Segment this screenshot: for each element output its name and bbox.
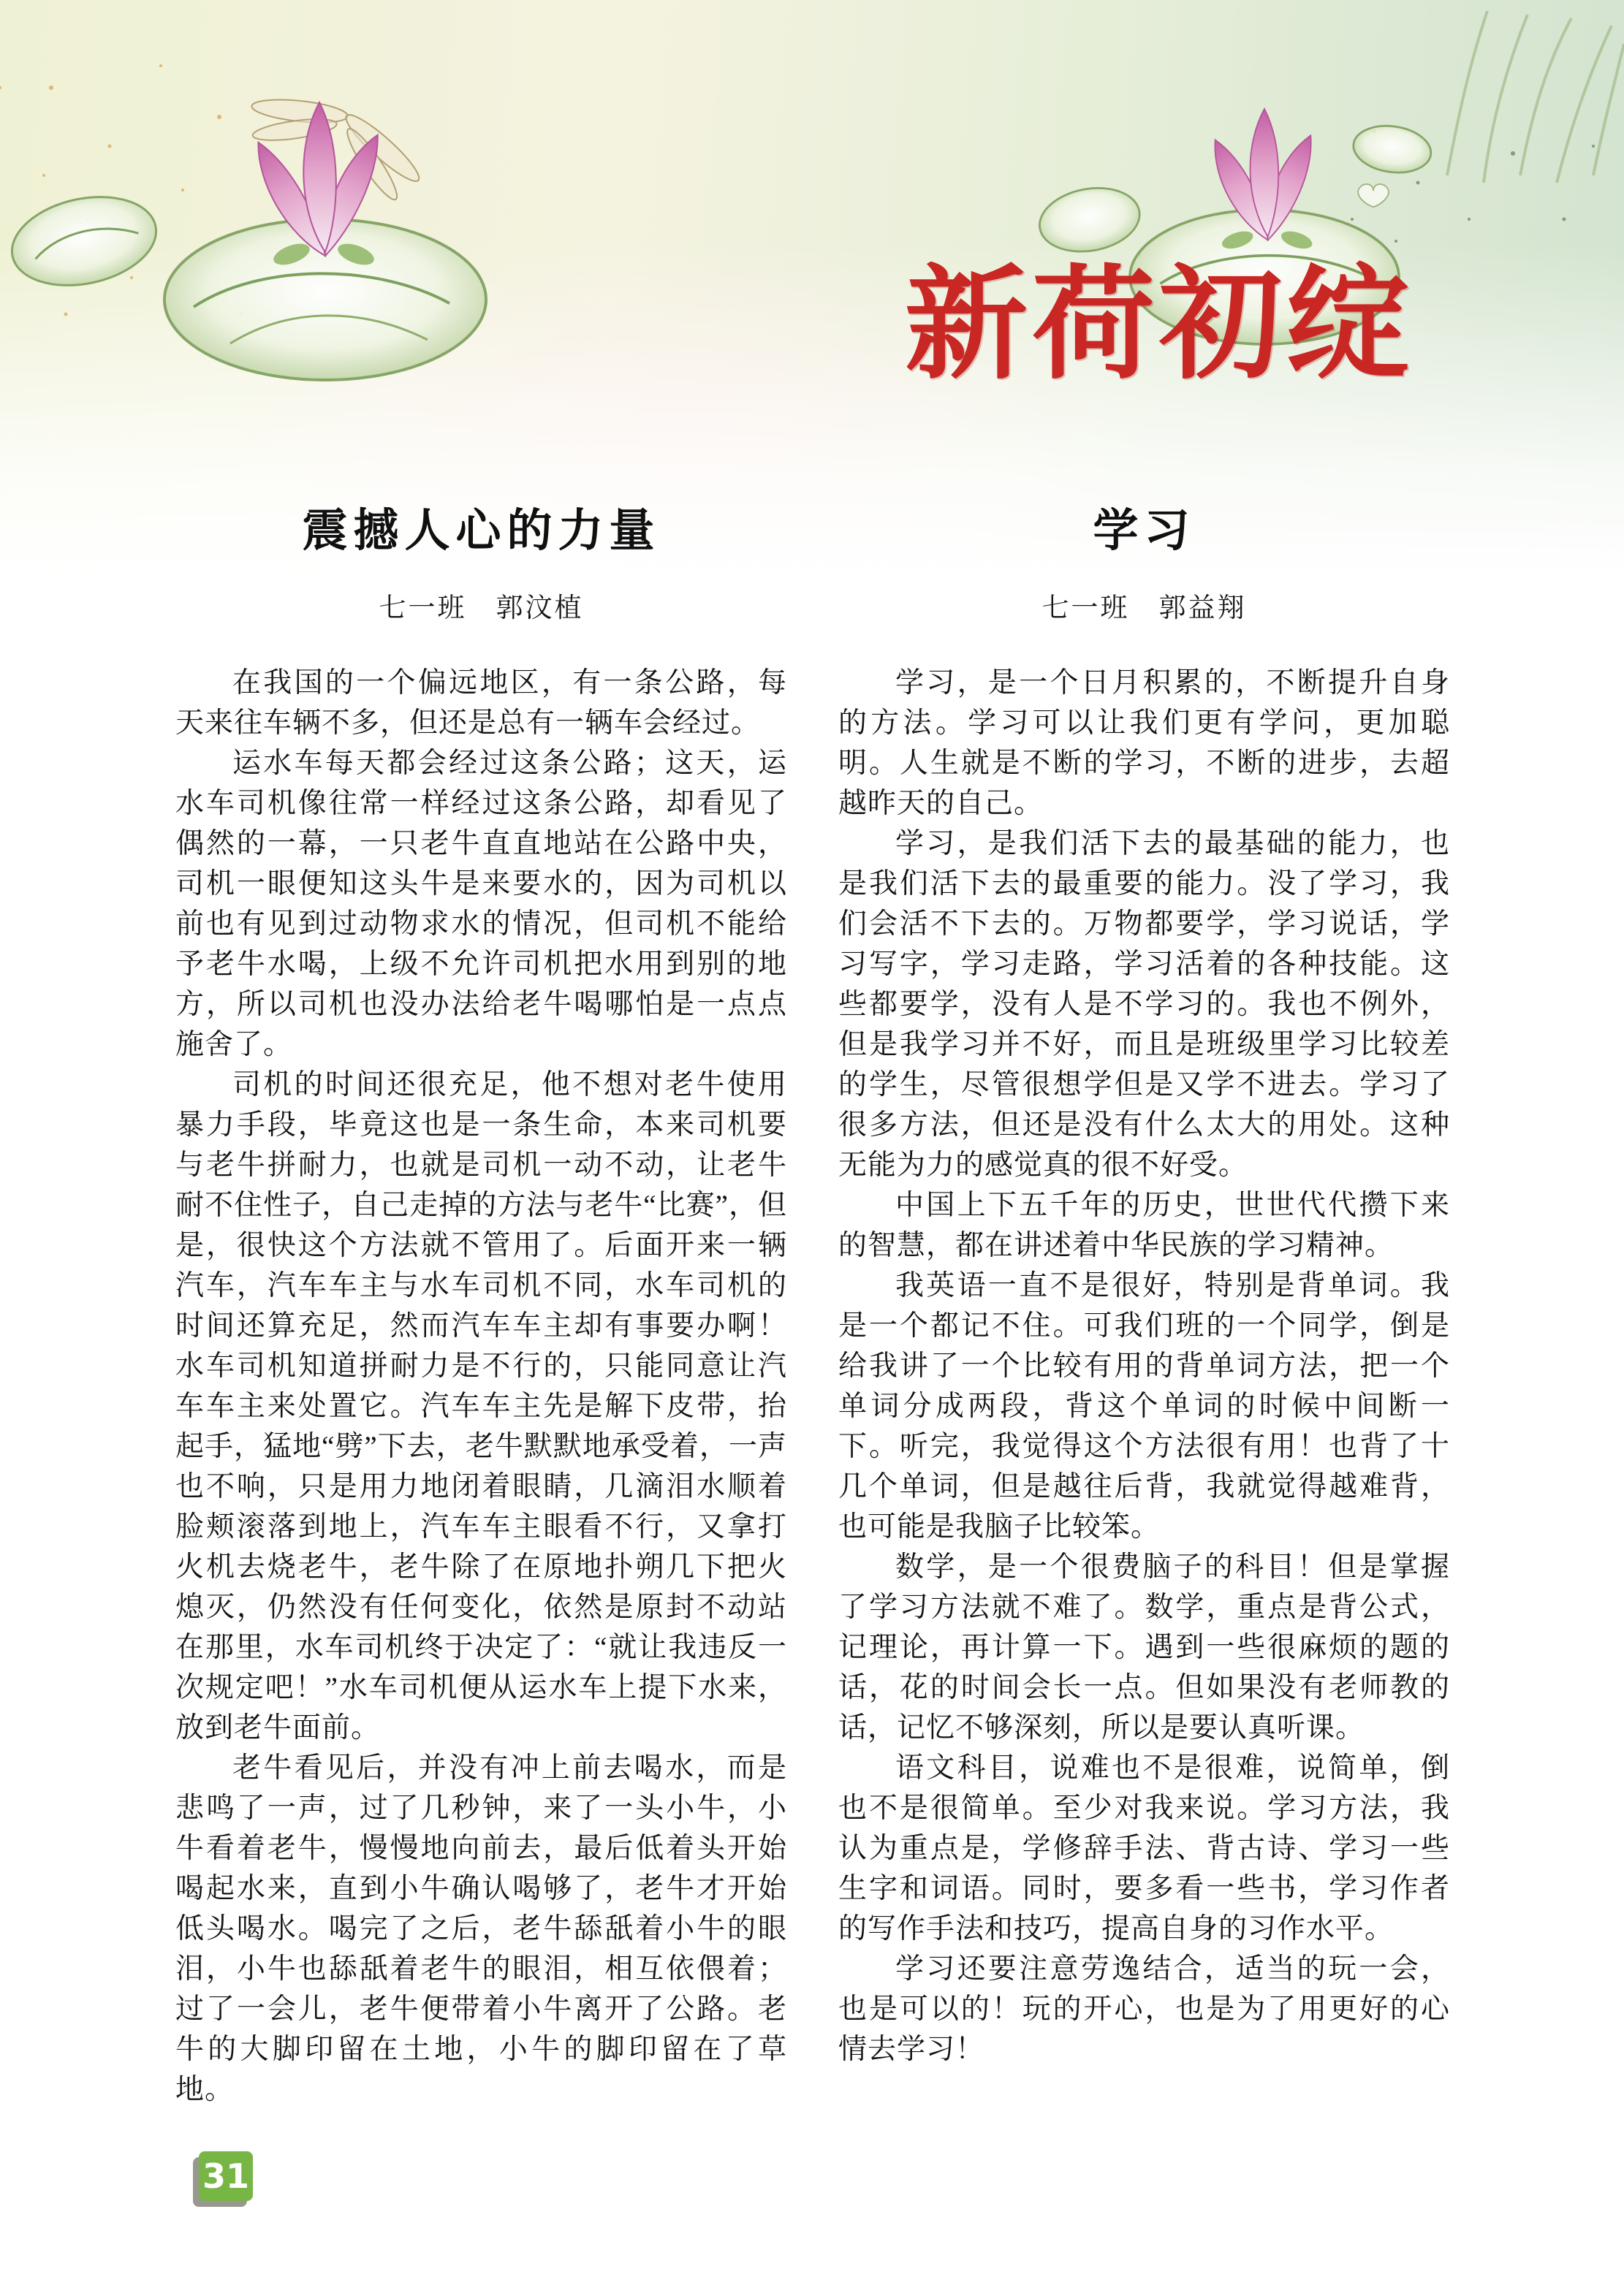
reeds-icon	[1447, 11, 1624, 183]
essay-right: 学习 七一班 郭益翔 学习，是一个日月积累的，不断提升自身的方法。学习可以让我们…	[838, 494, 1450, 2110]
essay-body: 在我国的一个偏远地区，有一条公路，每天来往车辆不多，但还是总有一辆车会经过。运水…	[175, 663, 787, 2110]
essay-paragraph: 语文科目，说难也不是很难，说简单，倒也不是很简单。至少对我来说。学习方法，我认为…	[838, 1748, 1450, 1949]
magazine-page: 新荷初绽 震撼人心的力量 七一班 郭汶植 在我国的一个偏远地区，有一条公路，每天…	[0, 0, 1624, 2296]
essay-paragraph: 老牛看见后，并没有冲上前去喝水，而是悲鸣了一声，过了几秒钟，来了一头小牛，小牛看…	[175, 1748, 787, 2110]
essay-paragraph: 学习，是我们活下去的最基础的能力，也是我们活下去的最重要的能力。没了学习，我们会…	[838, 824, 1450, 1185]
essay-paragraph: 我英语一直不是很好，特别是背单词。我是一个都记不住。可我们班的一个同学，倒是给我…	[838, 1266, 1450, 1547]
small-pad	[1358, 184, 1389, 207]
essay-columns: 震撼人心的力量 七一班 郭汶植 在我国的一个偏远地区，有一条公路，每天来往车辆不…	[175, 494, 1450, 2110]
essay-title: 学习	[838, 494, 1450, 559]
essay-paragraph: 在我国的一个偏远地区，有一条公路，每天来往车辆不多，但还是总有一辆车会经过。	[175, 663, 787, 743]
essay-title: 震撼人心的力量	[175, 494, 787, 559]
essay-paragraph: 司机的时间还很充足，他不想对老牛使用暴力手段，毕竟这也是一条生命，本来司机要与老…	[175, 1065, 787, 1748]
essay-body: 学习，是一个日月积累的，不断提升自身的方法。学习可以让我们更有学问，更加聪明。人…	[838, 663, 1450, 2069]
essay-byline: 七一班 郭汶植	[175, 585, 787, 625]
essay-paragraph: 学习，是一个日月积累的，不断提升自身的方法。学习可以让我们更有学问，更加聪明。人…	[838, 663, 1450, 824]
lily-pad-icon	[4, 184, 164, 297]
page-number-badge: 31	[199, 2151, 253, 2201]
essay-paragraph: 学习还要注意劳逸结合，适当的玩一会，也是可以的！玩的开心，也是为了用更好的心情去…	[838, 1949, 1450, 2069]
essay-byline: 七一班 郭益翔	[838, 585, 1450, 625]
essay-left: 震撼人心的力量 七一班 郭汶植 在我国的一个偏远地区，有一条公路，每天来往车辆不…	[175, 494, 787, 2110]
essay-paragraph: 中国上下五千年的历史，世世代代攒下来的智慧，都在讲述着中华民族的学习精神。	[838, 1185, 1450, 1266]
essay-paragraph: 数学，是一个很费脑子的科目！但是掌握了学习方法就不难了。数学，重点是背公式，记理…	[838, 1547, 1450, 1748]
lotus-flower-left-icon	[164, 102, 486, 380]
essay-paragraph: 运水车每天都会经过这条公路；这天，运水车司机像往常一样经过这条公路，却看见了偶然…	[175, 743, 787, 1065]
magazine-title: 新荷初绽	[905, 257, 1431, 392]
